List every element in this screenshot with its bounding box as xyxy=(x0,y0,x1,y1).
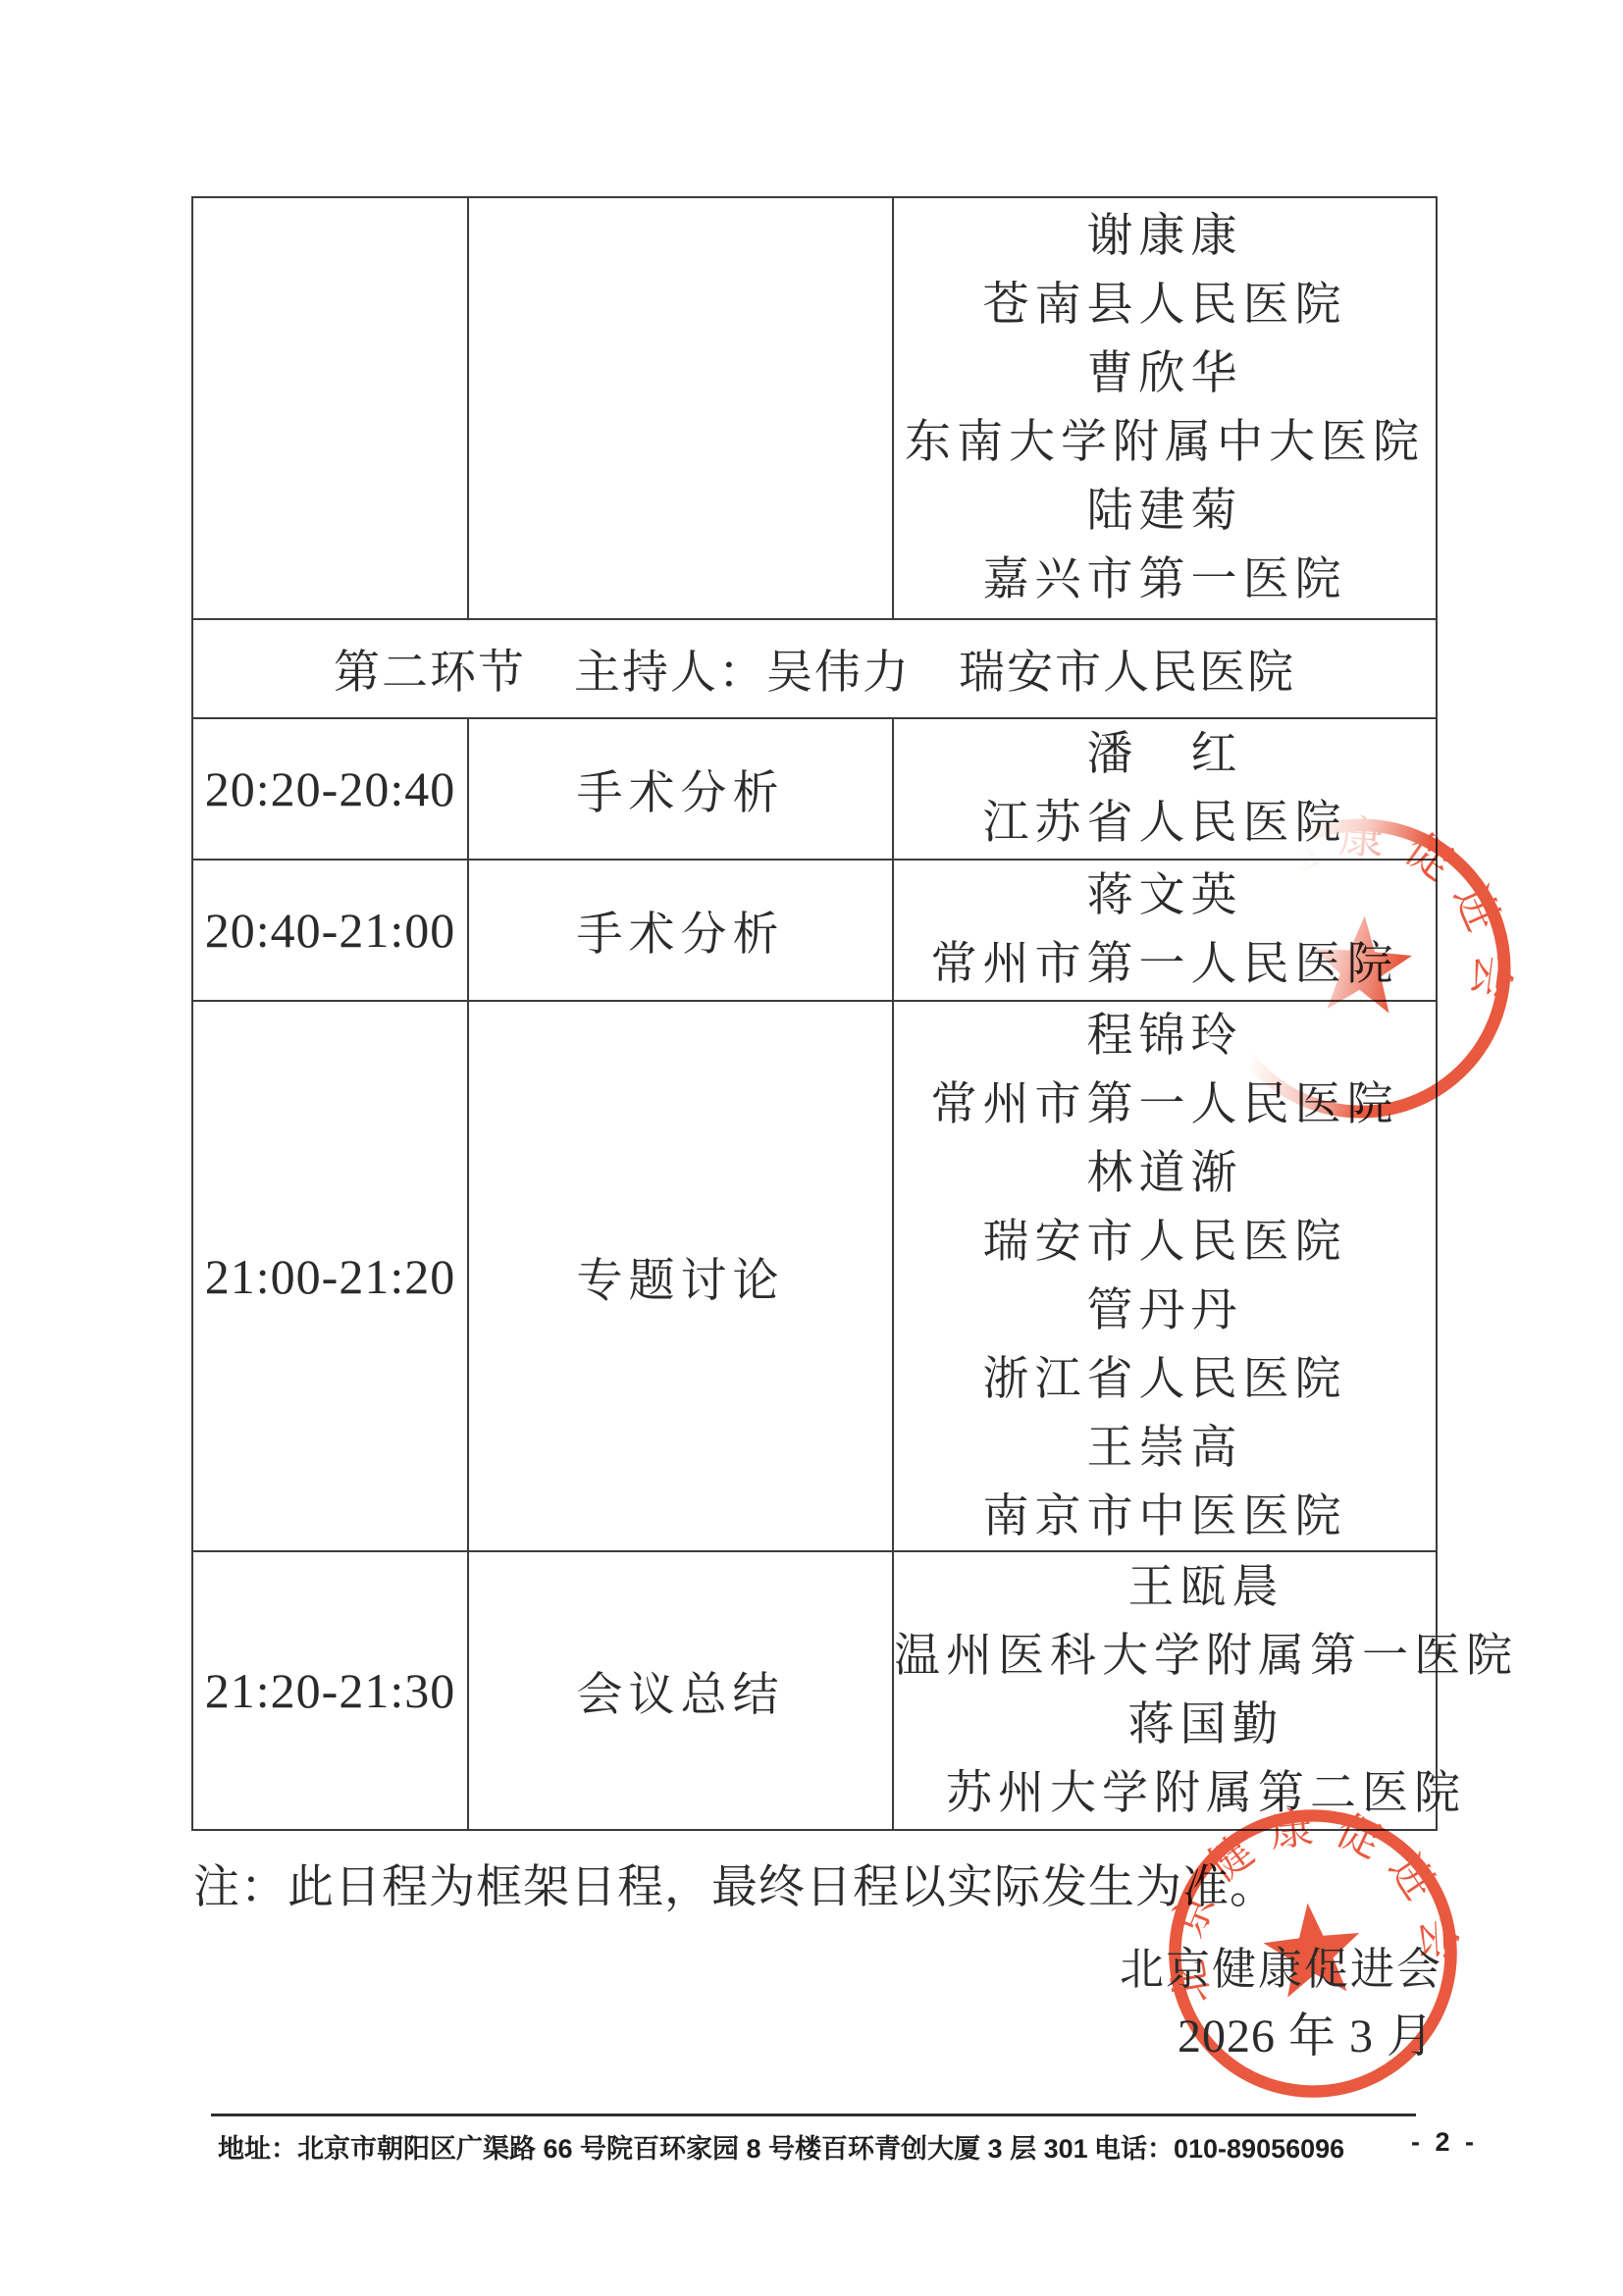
session-cell: 专题讨论 xyxy=(469,1002,894,1551)
speakers-cell: 谢康康 苍南县人民医院 曹欣华 东南大学附属中大医院 陆建菊 嘉兴市第一医院 xyxy=(894,198,1436,618)
time-range: 21:20-21:30 xyxy=(205,1662,455,1719)
table-row: 20:20-20:40 手术分析 潘 红 江苏省人民医院 xyxy=(193,717,1436,859)
section-header-text: 第二环节 主持人：吴伟力 瑞安市人民医院 xyxy=(334,636,1295,702)
signature-date: 2026 年 3 月 xyxy=(0,1998,1435,2065)
speaker-name: 程锦玲 xyxy=(1087,1002,1243,1070)
speaker-name: 王崇高 xyxy=(1087,1414,1243,1483)
speaker-hospital: 温州医科大学附属第一医院 xyxy=(894,1622,1518,1691)
speaker-hospital: 瑞安市人民医院 xyxy=(983,1208,1347,1277)
time-range: 21:00-21:20 xyxy=(205,1248,455,1305)
time-cell: 20:20-20:40 xyxy=(193,719,469,859)
schedule-table: 谢康康 苍南县人民医院 曹欣华 东南大学附属中大医院 陆建菊 嘉兴市第一医院 第… xyxy=(191,196,1438,1831)
time-cell: 21:20-21:30 xyxy=(193,1552,469,1829)
table-row-continuation: 谢康康 苍南县人民医院 曹欣华 东南大学附属中大医院 陆建菊 嘉兴市第一医院 xyxy=(193,198,1436,618)
page-number: - 2 - xyxy=(1411,2127,1478,2158)
speaker-name: 曹欣华 xyxy=(1087,339,1243,408)
speakers-cell: 潘 红 江苏省人民医院 xyxy=(894,719,1436,859)
speaker-hospital: 浙江省人民医院 xyxy=(983,1345,1347,1414)
address-label: 地址： xyxy=(218,2134,297,2164)
footer-phone: 电话：010-89056096 xyxy=(1094,2127,1344,2166)
speakers-cell: 程锦玲 常州市第一人民医院 林道渐 瑞安市人民医院 管丹丹 浙江省人民医院 王崇… xyxy=(894,1002,1436,1551)
speaker-name: 王瓯晨 xyxy=(1128,1553,1284,1622)
speaker-hospital: 常州市第一人民医院 xyxy=(931,930,1399,999)
document-page: 谢康康 苍南县人民医院 曹欣华 东南大学附属中大医院 陆建菊 嘉兴市第一医院 第… xyxy=(0,0,1623,2296)
speaker-hospital: 苍南县人民医院 xyxy=(983,271,1347,339)
speakers-cell: 蒋文英 常州市第一人民医院 xyxy=(894,861,1436,1000)
phone-label: 电话： xyxy=(1094,2134,1174,2164)
table-row: 21:20-21:30 会议总结 王瓯晨 温州医科大学附属第一医院 蒋国勤 苏州… xyxy=(193,1550,1436,1829)
phone-value: 010-89056096 xyxy=(1174,2134,1344,2164)
speaker-hospital: 南京市中医医院 xyxy=(983,1483,1347,1551)
speaker-name: 潘 红 xyxy=(1087,720,1243,789)
time-cell-empty xyxy=(193,198,469,618)
session-title: 手术分析 xyxy=(577,757,785,822)
session-cell: 会议总结 xyxy=(469,1552,894,1829)
speaker-name: 蒋文英 xyxy=(1087,861,1243,930)
session-title: 手术分析 xyxy=(577,898,785,964)
session-title: 专题讨论 xyxy=(577,1244,785,1310)
signature-organization: 北京健康促进会 xyxy=(0,1933,1442,1997)
session-title: 会议总结 xyxy=(577,1658,785,1724)
time-range: 20:20-20:40 xyxy=(205,760,455,817)
speaker-name: 谢康康 xyxy=(1087,202,1243,271)
time-cell: 20:40-21:00 xyxy=(193,861,469,1000)
time-cell: 21:00-21:20 xyxy=(193,1002,469,1551)
table-row: 20:40-21:00 手术分析 蒋文英 常州市第一人民医院 xyxy=(193,859,1436,1000)
session-cell: 手术分析 xyxy=(469,861,894,1000)
footer: 地址：北京市朝阳区广渠路 66 号院百环家园 8 号楼百环青创大厦 3 层 30… xyxy=(0,2127,1623,2170)
speaker-name: 陆建菊 xyxy=(1087,477,1243,546)
speaker-name: 林道渐 xyxy=(1087,1139,1243,1208)
speaker-name: 管丹丹 xyxy=(1087,1277,1243,1345)
speaker-hospital: 江苏省人民医院 xyxy=(983,789,1347,858)
speakers-cell: 王瓯晨 温州医科大学附属第一医院 蒋国勤 苏州大学附属第二医院 xyxy=(894,1552,1518,1829)
speaker-hospital: 嘉兴市第一医院 xyxy=(983,546,1347,614)
address-value: 北京市朝阳区广渠路 66 号院百环家园 8 号楼百环青创大厦 3 层 301 xyxy=(297,2134,1088,2164)
footer-address: 地址：北京市朝阳区广渠路 66 号院百环家园 8 号楼百环青创大厦 3 层 30… xyxy=(218,2127,1088,2166)
speaker-hospital: 常州市第一人民医院 xyxy=(931,1070,1399,1139)
speaker-name: 蒋国勤 xyxy=(1128,1691,1284,1759)
session-cell: 手术分析 xyxy=(469,719,894,859)
footer-divider xyxy=(211,2113,1416,2116)
speaker-hospital: 苏州大学附属第二医院 xyxy=(946,1759,1466,1828)
speaker-hospital: 东南大学附属中大医院 xyxy=(905,408,1425,477)
schedule-note: 注：此日程为框架日程，最终日程以实际发生为准。 xyxy=(193,1851,1277,1916)
time-range: 20:40-21:00 xyxy=(205,902,455,959)
session-cell-empty xyxy=(469,198,894,618)
section-header-row: 第二环节 主持人：吴伟力 瑞安市人民医院 xyxy=(193,618,1436,717)
table-row: 21:00-21:20 专题讨论 程锦玲 常州市第一人民医院 林道渐 瑞安市人民… xyxy=(193,1000,1436,1550)
